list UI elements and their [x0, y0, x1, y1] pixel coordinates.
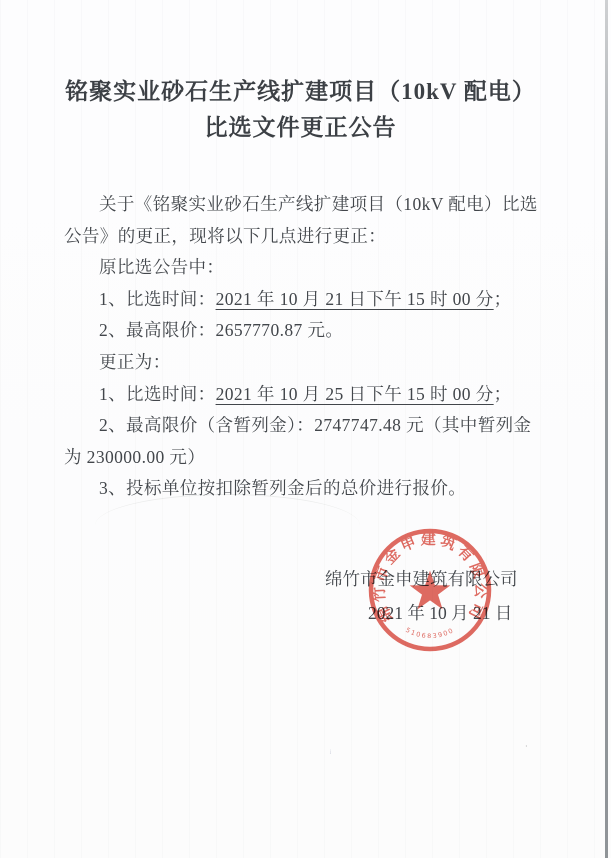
seal-graphics: 绵竹市金申建筑有限公司 510683900 — [370, 531, 490, 649]
scan-speck-artifact: ʲ — [330, 748, 331, 757]
corrected-item-1: 1、比选时间：2021 年 10 月 25 日下午 15 时 00 分； — [64, 379, 550, 411]
corrected-item-1-suffix: ； — [494, 384, 512, 404]
original-item-1-date: 2021 年 10 月 21 日下午 15 时 00 分 — [216, 289, 494, 309]
original-item-1-label: 1、比选时间： — [99, 289, 216, 309]
corrected-item-1-label: 1、比选时间： — [99, 384, 216, 404]
document-body: 关于《铭聚实业砂石生产线扩建项目（10kV 配电）比选 公告》的更正，现将以下几… — [64, 189, 550, 505]
intro-line-1: 关于《铭聚实业砂石生产线扩建项目（10kV 配电）比选 — [64, 189, 550, 221]
document-title: 铭聚实业砂石生产线扩建项目（10kV 配电） 比选文件更正公告 — [0, 74, 601, 146]
scanned-document-page: 铭聚实业砂石生产线扩建项目（10kV 配电） 比选文件更正公告 关于《铭聚实业砂… — [0, 0, 611, 858]
original-item-1: 1、比选时间：2021 年 10 月 21 日下午 15 时 00 分； — [64, 284, 550, 316]
title-line-1: 铭聚实业砂石生产线扩建项目（10kV 配电） — [0, 74, 601, 110]
company-seal-stamp: 绵竹市金申建筑有限公司 510683900 — [358, 518, 502, 662]
title-line-2: 比选文件更正公告 — [0, 110, 601, 146]
scanner-edge-shadow — [605, 0, 608, 858]
seal-serial-number: 510683900 — [404, 626, 455, 640]
intro-line-2: 公告》的更正，现将以下几点进行更正： — [64, 221, 550, 253]
corrected-item-1-date: 2021 年 10 月 25 日下午 15 时 00 分 — [216, 384, 494, 404]
correction-section-heading: 更正为： — [64, 347, 550, 379]
original-section-heading: 原比选公告中： — [64, 252, 550, 284]
corrected-item-2-line-1: 2、最高限价（含暂列金）：2747747.48 元（其中暂列金 — [64, 410, 550, 442]
original-item-1-suffix: ； — [494, 289, 512, 309]
seal-star-icon — [410, 571, 451, 610]
original-item-2: 2、最高限价：2657770.87 元。 — [64, 315, 550, 347]
corrected-item-2-line-2: 为 230000.00 元） — [64, 442, 550, 474]
scan-speck-artifact: · — [525, 742, 528, 751]
